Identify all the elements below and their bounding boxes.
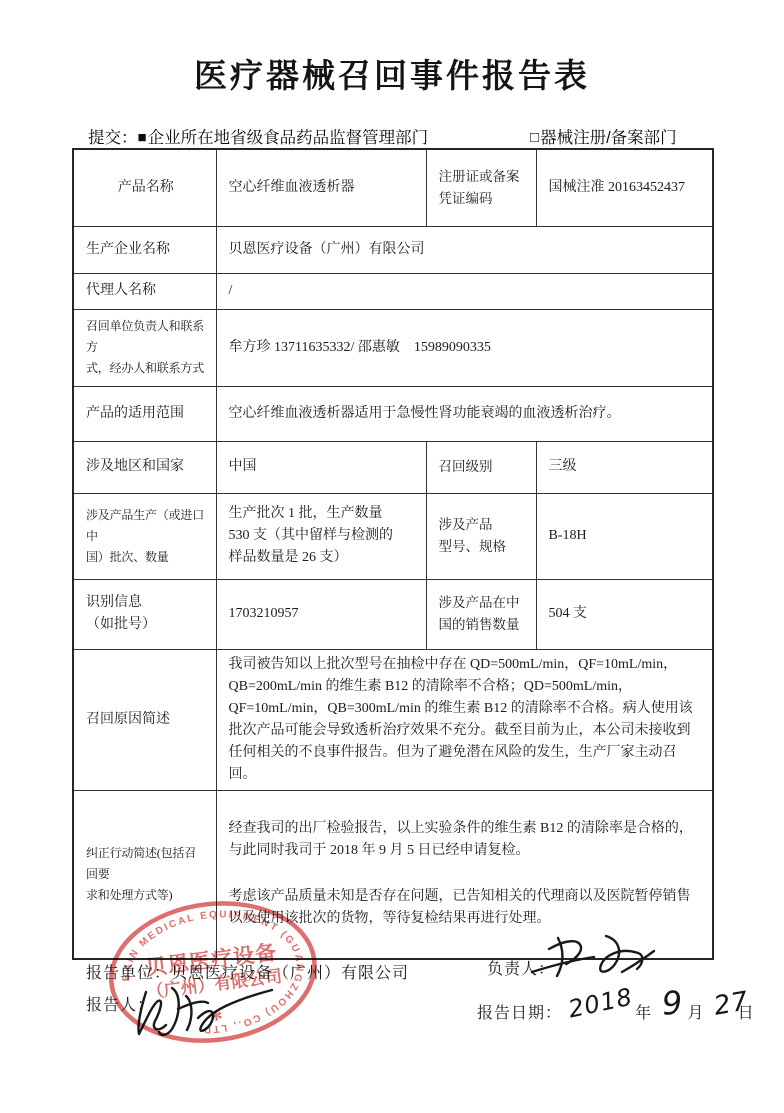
submit-destination-1: 企业所在地省级食品药品监督管理部门 (148, 129, 429, 147)
china-sales-label: 涉及产品在中 国的销售数量 (426, 579, 536, 649)
identification-label: 识别信息 （如批号） (73, 579, 216, 649)
table-row: 代理人名称 / (73, 273, 713, 309)
intended-use-value: 空心纤维血液透析器适用于急慢性肾功能衰竭的血液透析治疗。 (216, 386, 713, 441)
batches-quantity-label: 涉及产品生产（或进口中 国）批次、数量 (73, 493, 216, 579)
recall-report-table: 产品名称 空心纤维血液透析器 注册证或备案 凭证编码 国械注准 20163452… (72, 148, 714, 960)
year-char: 年 (635, 1005, 652, 1022)
submit-destination-2: 器械注册/备案部门 (540, 129, 677, 147)
submit-destinations-line: 提交：■企业所在地省级食品药品监督管理部门 □器械注册/备案部门 (88, 124, 712, 148)
manufacturer-value: 贝恩医疗设备（广州）有限公司 (216, 226, 713, 273)
checked-checkbox-icon: ■ (138, 129, 147, 146)
product-name-label: 产品名称 (73, 149, 216, 226)
batches-quantity-value: 生产批次 1 批，生产数量 530 支（其中留样与检测的 样品数量是 26 支） (216, 493, 426, 579)
intended-use-label: 产品的适用范围 (73, 386, 216, 441)
model-spec-value: B-18H (536, 493, 713, 579)
registration-cert-label: 注册证或备案 凭证编码 (426, 149, 536, 226)
page-title: 医疗器械召回事件报告表 (0, 50, 784, 97)
principal-signature (526, 926, 660, 990)
scanned-report-page: 医疗器械召回事件报告表 提交：■企业所在地省级食品药品监督管理部门 □器械注册/… (0, 0, 784, 1113)
corrective-action-paragraph-1: 经查我司的出厂检验报告，以上实验条件的维生素 B12 的清除率是合格的，与此同时… (229, 818, 703, 862)
table-row: 涉及地区和国家 中国 召回级别 三级 (73, 441, 713, 493)
china-sales-value: 504 支 (536, 579, 713, 649)
recall-level-label: 召回级别 (426, 441, 536, 493)
unchecked-checkbox-icon: □ (530, 129, 539, 146)
recall-level-value: 三级 (536, 441, 713, 493)
table-row: 召回原因简述 我司被告知以上批次型号在抽检中存在 QD=500mL/min，QF… (73, 649, 713, 790)
corrective-action-paragraph-2: 考虑该产品质量未知是否存在问题，已告知相关的代理商以及医院暂停销售以及使用该批次… (229, 886, 703, 930)
agent-name-value: / (216, 273, 713, 309)
submit-prefix-label: 提交： (88, 129, 138, 147)
table-row: 生产企业名称 贝恩医疗设备（广州）有限公司 (73, 226, 713, 273)
handwritten-month: 9 (661, 983, 685, 1022)
registration-cert-value: 国械注准 20163452437 (536, 149, 713, 226)
recall-reason-label: 召回原因简述 (73, 649, 216, 790)
report-date-line: 报告日期：2018年9月27日 (477, 988, 755, 1026)
recall-contact-label: 召回单位负责人和联系方 式，经办人和联系方式 (73, 309, 216, 386)
handwritten-day: 27 (712, 986, 752, 1022)
regions-label: 涉及地区和国家 (73, 441, 216, 493)
recall-contact-value: 牟方珍 13711635332/ 邵惠敏 15989090335 (216, 309, 713, 386)
agent-name-label: 代理人名称 (73, 273, 216, 309)
recall-reason-value: 我司被告知以上批次型号在抽检中存在 QD=500mL/min，QF=10mL/m… (216, 649, 713, 790)
report-date-label: 报告日期： (477, 1005, 562, 1022)
month-char: 月 (687, 1005, 704, 1022)
identification-value: 1703210957 (216, 579, 426, 649)
reporter-signature (126, 976, 286, 1046)
manufacturer-label: 生产企业名称 (73, 226, 216, 273)
table-row: 识别信息 （如批号） 1703210957 涉及产品在中 国的销售数量 504 … (73, 579, 713, 649)
table-row: 召回单位负责人和联系方 式，经办人和联系方式 牟方珍 13711635332/ … (73, 309, 713, 386)
regions-value: 中国 (216, 441, 426, 493)
table-row: 产品名称 空心纤维血液透析器 注册证或备案 凭证编码 国械注准 20163452… (73, 149, 713, 226)
product-name-value: 空心纤维血液透析器 (216, 149, 426, 226)
table-row: 涉及产品生产（或进口中 国）批次、数量 生产批次 1 批，生产数量 530 支（… (73, 493, 713, 579)
corrective-action-label: 纠正行动简述(包括召回要 求和处理方式等) (73, 790, 216, 959)
table-row: 产品的适用范围 空心纤维血液透析器适用于急慢性肾功能衰竭的血液透析治疗。 (73, 386, 713, 441)
model-spec-label: 涉及产品 型号、规格 (426, 493, 536, 579)
